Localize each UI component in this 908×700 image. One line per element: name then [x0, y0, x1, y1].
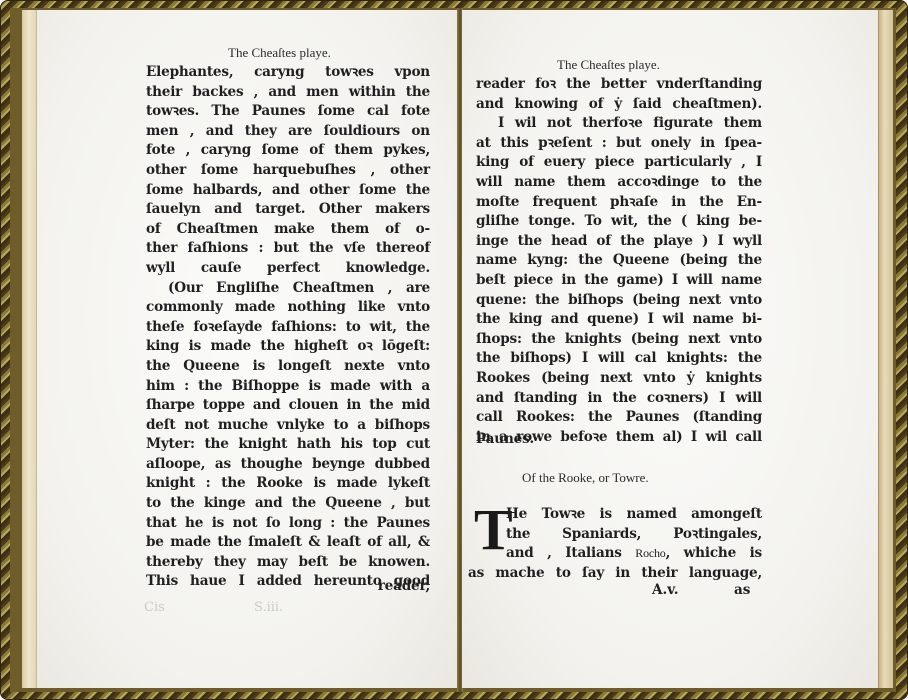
- text-line: Myter: the knight hath his top cut: [146, 435, 430, 455]
- right-last-line: Paunes.: [476, 430, 762, 450]
- text-line: will name them accoꝛdinge to the: [476, 173, 762, 193]
- catchword: as: [734, 582, 750, 598]
- right-page-edges: [878, 10, 893, 688]
- text-line: fote , caryng ſome of them pykes,: [146, 141, 430, 161]
- roman-word-rocho: Rocho: [635, 546, 665, 560]
- text-line: king is made the higheſt oꝛ lōgeſt:: [146, 337, 430, 357]
- book-binding: The Cheaſtes playe. Elephantes, caryng t…: [0, 0, 908, 700]
- text-span: and , Italians: [506, 545, 635, 561]
- text-line: reader foꝛ the better vnderſtanding: [476, 75, 762, 95]
- text-line: him : the Biſhoppe is made with a: [146, 377, 430, 397]
- text-line: the biſhops) I will cal knights: the: [476, 349, 762, 369]
- left-page: The Cheaſtes playe. Elephantes, caryng t…: [22, 10, 458, 688]
- text-line: name kyng: the Queene (being the: [476, 251, 762, 271]
- text-line: gliſhe tonge. To wit, the ( king be-: [476, 212, 762, 232]
- text-line: Rookes (being next vnto ẏ knights: [476, 369, 762, 389]
- section-heading: Of the Rooke, or Towre.: [522, 470, 649, 486]
- text-line: the Queene is longeſt nexte vnto: [146, 357, 430, 377]
- right-page: The Cheaſtes playe. reader foꝛ the bette…: [462, 10, 878, 688]
- text-line: theſe foꝛeſayde faſhions: to wit, the: [146, 318, 430, 338]
- text-line: wyll cauſe perfect knowledge.: [146, 259, 430, 279]
- text-line: that he is not ſo long : the Paunes: [146, 514, 430, 534]
- left-page-edges: [22, 10, 37, 688]
- left-body-text: Elephantes, caryng towꝛes vpontheir back…: [146, 63, 430, 592]
- text-line: aſloope, as thoughe beynge dubbed: [146, 455, 430, 475]
- text-line: Elephantes, caryng towꝛes vpon: [146, 63, 430, 83]
- text-line: (Our Engliſhe Cheaſtmen , are: [146, 279, 430, 299]
- text-line: call Rookes: the Paunes (ſtanding: [476, 408, 762, 428]
- left-last-line: reader,: [146, 577, 430, 597]
- section-last: as mache to ſay in their language,: [468, 564, 762, 584]
- text-line: of Cheaſtmen make them of o-: [146, 220, 430, 240]
- text-line: ther faſhions : but the vſe thereof: [146, 239, 430, 259]
- text-line: king of euery piece particularly , I: [476, 153, 762, 173]
- text-line: commonly made nothing like vnto: [146, 298, 430, 318]
- text-line: be made the ſmaleſt & leaſt of all, &: [146, 533, 430, 553]
- text-line: and knowing of ẏ ſaid cheaſtmen).: [476, 95, 762, 115]
- left-running-head: The Cheaſtes playe.: [228, 45, 331, 61]
- section-line: He Towꝛe is named amongeſt: [506, 505, 762, 525]
- paunes-line: Paunes.: [476, 430, 762, 450]
- text-span: , whiche is: [666, 545, 762, 561]
- text-line: ſhops: the knights (being next vnto: [476, 330, 762, 350]
- text-line: and ſtanding in the coꝛners) I will: [476, 389, 762, 409]
- show-through-text: Cis: [144, 600, 165, 615]
- text-line: knight : the Rooke is made lykeſt: [146, 474, 430, 494]
- text-line: beſt piece in the game) I will name: [476, 271, 762, 291]
- text-line: I wil not therfoꝛe figurate them: [476, 114, 762, 134]
- text-line: ſauelyn and target. Other makers: [146, 200, 430, 220]
- text-line: the king and quene) I wil name bi-: [476, 310, 762, 330]
- text-line: ſome halbards, and other ſome the: [146, 181, 430, 201]
- text-line: their backes , and men within the: [146, 83, 430, 103]
- right-running-head: The Cheaſtes playe.: [557, 57, 660, 73]
- text-line: other ſome harquebuſhes , other: [146, 161, 430, 181]
- text-line: inge the head of the playe ) I wyll: [476, 232, 762, 252]
- text-line: moſte frequent phꝛaſe in the En-: [476, 193, 762, 213]
- text-line: to the kinge and the Queene , but: [146, 494, 430, 514]
- right-body-text: reader foꝛ the better vnderſtandingand k…: [476, 75, 762, 447]
- text-line: ſharpe toppe and clouen in the mid: [146, 396, 430, 416]
- section-line: as mache to ſay in their language,: [468, 564, 762, 584]
- text-line: deſt not muche vnlyke to a biſhops: [146, 416, 430, 436]
- text-line: at this pꝛeſent : but onely in ſpea-: [476, 134, 762, 154]
- text-line: men , and they are ſouldiours on: [146, 122, 430, 142]
- signature-mark: A.v.: [652, 582, 679, 598]
- text-line: thereby they may beſt be knowen.: [146, 553, 430, 573]
- section-text: He Towꝛe is named amongeſt the Spaniards…: [506, 505, 762, 564]
- show-through-signature: S.iii.: [254, 600, 283, 615]
- text-line: towꝛes. The Paunes ſome cal fote: [146, 102, 430, 122]
- section-line-italians: and , Italians Rocho, whiche is: [506, 544, 762, 564]
- section-line: the Spaniards, Poꝛtingales,: [506, 525, 762, 545]
- text-line: quene: the biſhops (being next vnto: [476, 291, 762, 311]
